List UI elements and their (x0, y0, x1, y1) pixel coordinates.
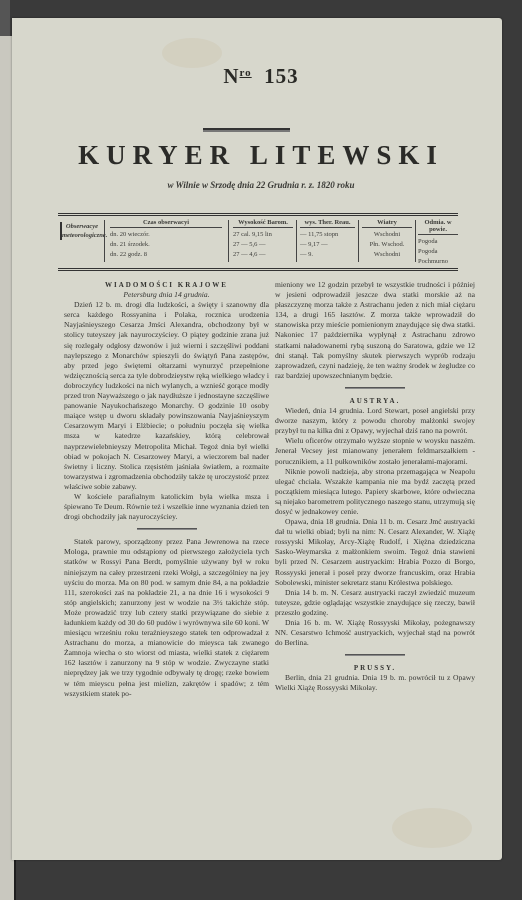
title-rule (203, 128, 290, 130)
article-paragraph: Berlin, dnia 21 grudnia. Dnia 19 b. m. p… (275, 673, 475, 693)
meteo-col-thermometer: wys. Ther. Reau. — 11,75 stopn — 9,17 — … (300, 219, 355, 260)
paper-stain (392, 808, 472, 848)
article-paragraph: Dzień 12 b. m. drogi dla ludzkości, a św… (64, 300, 269, 492)
scanner-edge (0, 0, 10, 40)
meteo-col-time: Czas obserwacyi dn. 20 wieczór. dn. 21 ś… (110, 219, 222, 260)
masthead-title: KURYER LITEWSKI (0, 140, 522, 171)
section-title-domestic: WIADOMOŚCI KRAJOWE (64, 280, 269, 290)
article-paragraph: Dnia 16 b. m. W. Xiążę Rossyyski Mikołay… (275, 618, 475, 648)
meteo-col-barometer: Wysokość Barom. 27 cal. 9,15 lin 27 — 5,… (233, 219, 293, 260)
article-paragraph: W kościele parafialnym katolickim była w… (64, 492, 269, 522)
article-paragraph: Wielu oficerów otrzymało wyższe stopnie … (275, 436, 475, 466)
left-column: WIADOMOŚCI KRAJOWE Petersburg dnia 14 gr… (64, 280, 269, 699)
article-paragraph: Wiedeń, dnia 14 grudnia. Lord Stewart, p… (275, 406, 475, 436)
meteo-label: Obserwacye meteorologiczne. (60, 222, 102, 240)
section-divider (137, 528, 197, 529)
meteo-table: Obserwacye meteorologiczne. Czas obserwa… (58, 213, 458, 271)
right-column: mieniony we 12 godzin przebył te wszystk… (275, 280, 475, 694)
section-divider (345, 387, 405, 388)
dateline-petersburg: Petersburg dnia 14 grudnia. (64, 290, 269, 300)
section-divider (345, 654, 405, 655)
issue-number: Nro 153 (0, 64, 522, 89)
article-paragraph: mieniony we 12 godzin przebył te wszystk… (275, 280, 475, 381)
article-paragraph: Opawa, dnia 18 grudnia. Dnia 11 b. m. Ce… (275, 517, 475, 588)
article-paragraph: Statek parowy, sporządzony przez Pana Je… (64, 537, 269, 699)
meteo-col-wind: Wiatry Wschodni Płn. Wschod. Wschodni (362, 219, 412, 260)
issue-dateline: w Wilnie w Srzodę dnia 22 Grudnia r. z. … (0, 180, 522, 190)
article-paragraph: Niknie powoli nadzieja, aby strona przem… (275, 467, 475, 517)
article-paragraph: Dnia 14 b. m. N. Cesarz austryacki raczy… (275, 588, 475, 618)
section-title-austria: AUSTRYA. (275, 396, 475, 406)
section-title-prussia: PRUSSY. (275, 663, 475, 673)
meteo-col-weather: Odmia. w powie. Pogoda Pogoda Pochmurno (418, 219, 458, 267)
